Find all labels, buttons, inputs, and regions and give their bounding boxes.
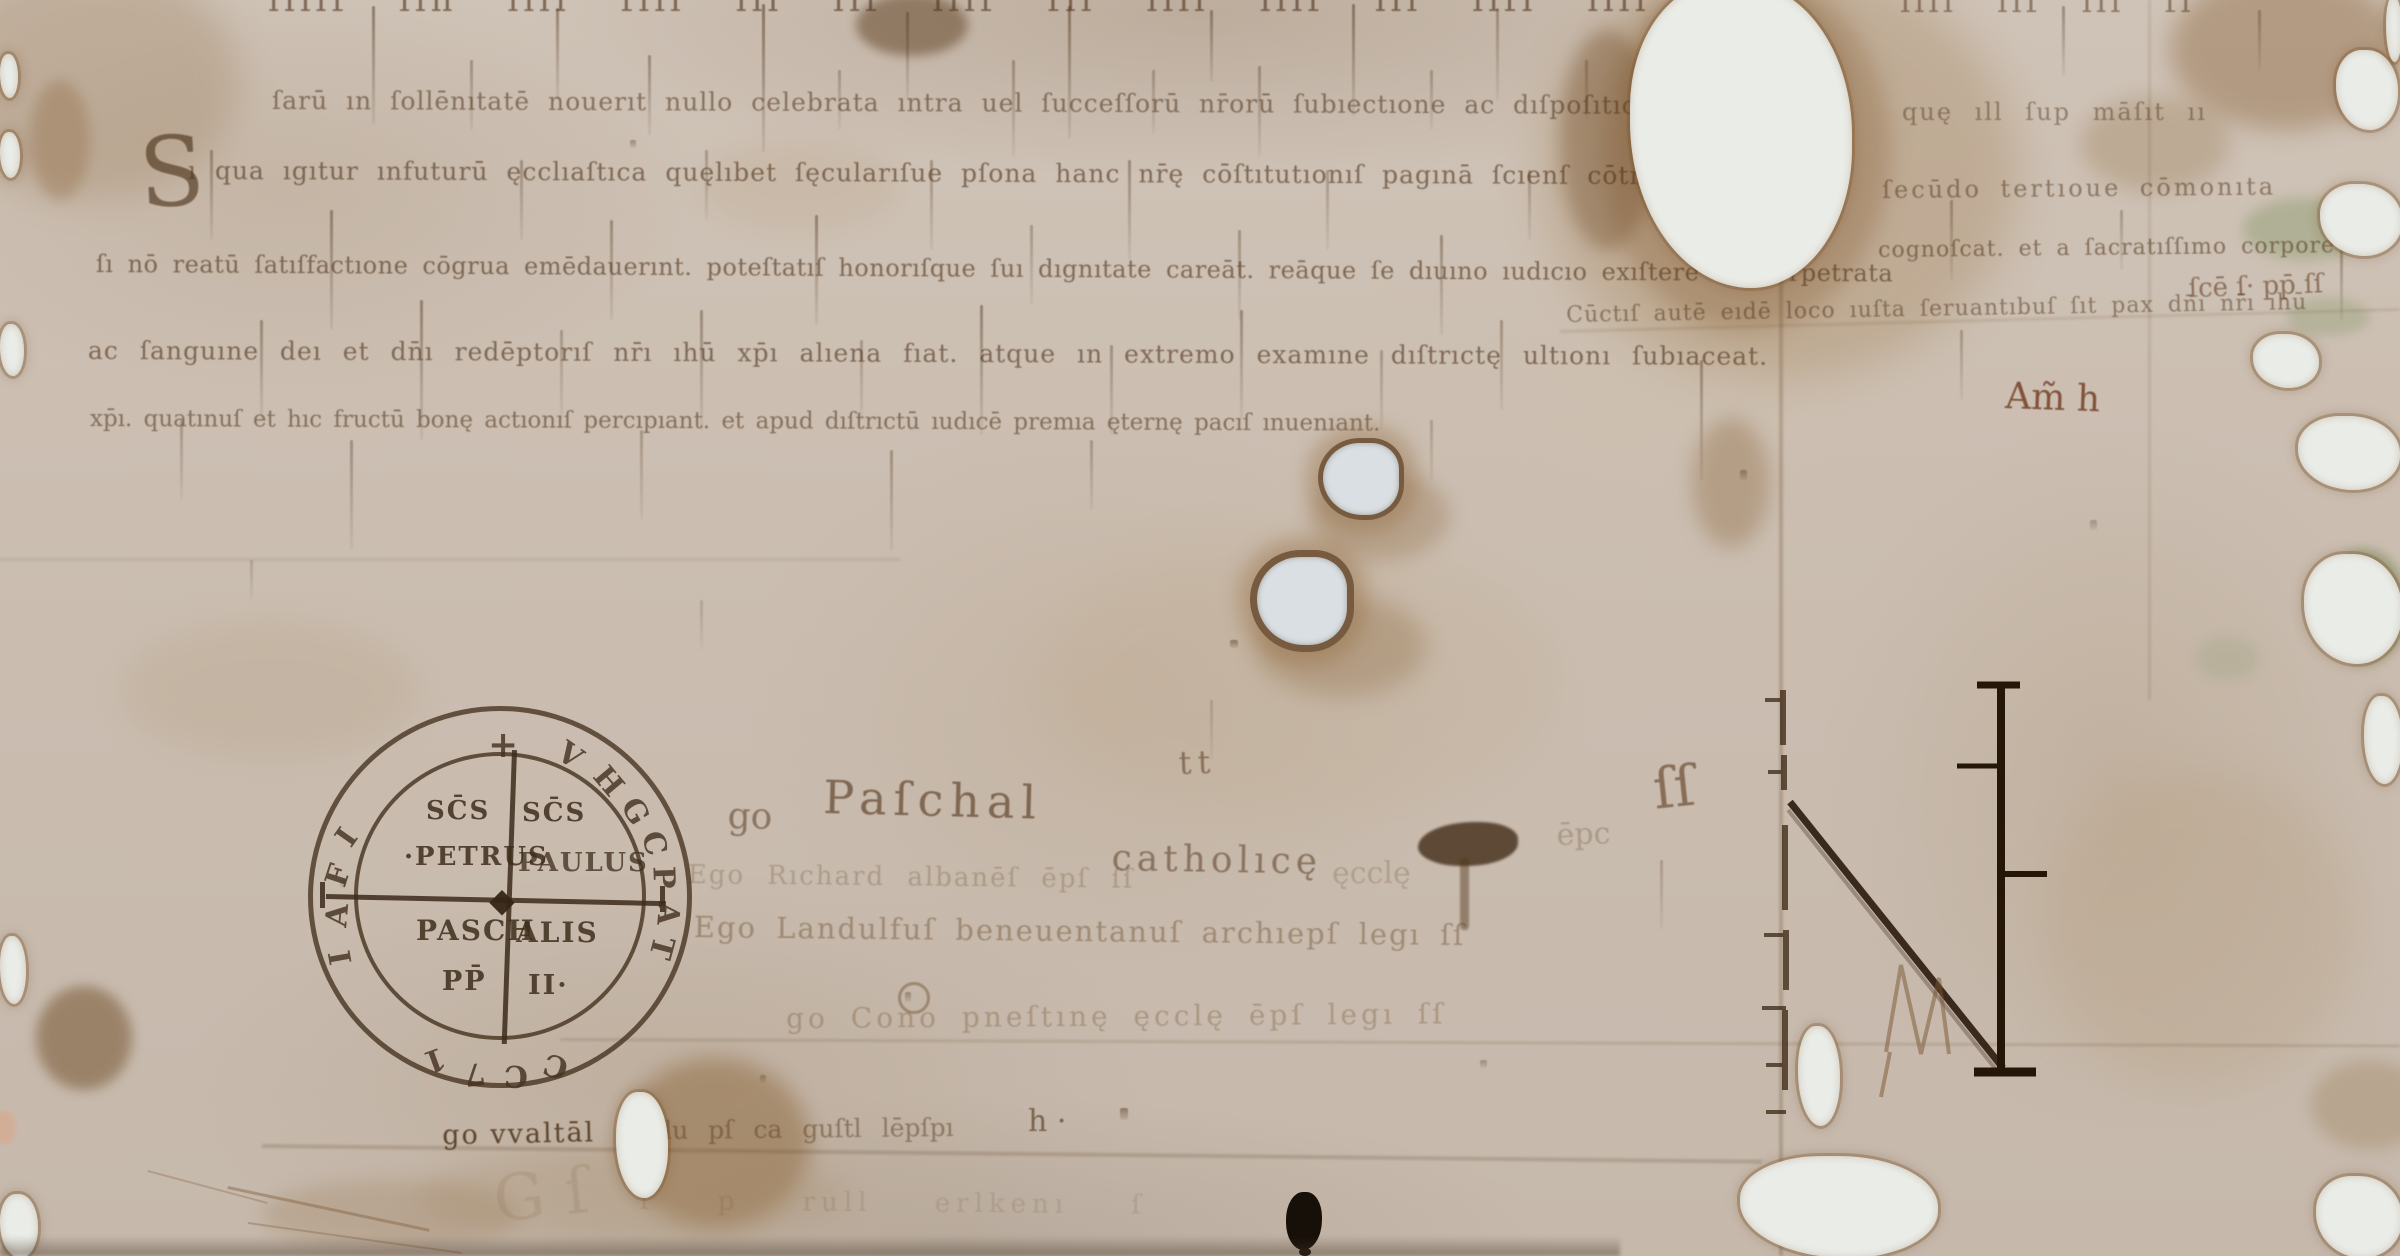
ink-stroke (2062, 6, 2065, 76)
ink-stroke (1585, 60, 1588, 120)
ink-stroke (630, 140, 636, 148)
top-line-cropped-right: ıllı ııſ ııı ſı (1900, 0, 2195, 20)
edge-chip (0, 54, 18, 98)
ink-stroke (980, 305, 983, 435)
ink-stroke (2090, 520, 2097, 530)
monogram-faded-m (1881, 965, 1949, 1097)
ink-stroke (1258, 66, 1261, 156)
subscription-line-faint-2: lu pſ ca guſtl lēpſpı (664, 1113, 954, 1145)
ink-stroke (700, 600, 703, 650)
top-line-cropped-left: ııılſ ıın ıılı ſııl ııı lıſ ıııſ ſıl ııı… (268, 0, 1651, 20)
edge-chip (2386, 0, 2400, 62)
ink-stroke (1030, 225, 1033, 305)
ink-stroke (1430, 420, 1433, 480)
ink-stroke (640, 430, 643, 520)
ink-stroke (838, 70, 841, 130)
ink-stroke (705, 150, 708, 220)
line-1-right: quę ıll ſup māſıt ıı (1902, 98, 2207, 126)
rota-rim-letter: P (645, 866, 681, 890)
ink-stroke (906, 12, 909, 100)
ink-stroke (180, 420, 183, 500)
parchment-hole (1250, 550, 1354, 652)
line-4-far-right: ſcē ſ· pp̄ ſſ (2188, 269, 2324, 304)
ink-stroke (1012, 60, 1015, 156)
ink-stroke (610, 220, 613, 320)
ink-stroke (330, 210, 333, 330)
ink-stroke (1430, 70, 1433, 130)
ink-stroke (1700, 360, 1703, 480)
edge-chip (0, 936, 26, 1004)
ink-stroke (1210, 10, 1213, 82)
ink-stroke (1230, 640, 1238, 648)
ink-stroke (1210, 700, 1213, 760)
ink-stroke (2340, 240, 2343, 320)
ink-stroke (1528, 170, 1531, 240)
cardinal-richard-line: Ego Rıchard albanēſ ēpſ ſſ (688, 860, 1135, 895)
ink-stroke (1238, 230, 1241, 320)
ink-stroke (1110, 345, 1113, 435)
ink-stroke (420, 300, 423, 440)
edge-chip (0, 132, 20, 178)
pope-subscription-ego: go (727, 796, 772, 838)
ink-stroke (815, 215, 818, 325)
charter-photo: ııılſ ıın ıılı ſııl ııı lıſ ıııſ ſıl ııı… (0, 0, 2400, 1256)
stain (2040, 770, 2360, 1090)
subscription-line-faint-1: go vvaltāl (442, 1117, 595, 1151)
pope-subscription-eps: ēpc (1556, 816, 1611, 853)
ink-stroke (470, 60, 473, 130)
ink-stroke (520, 160, 523, 240)
ink-stroke (1240, 310, 1243, 420)
ink-stroke (1090, 440, 1093, 510)
bottom-edge-shadow (0, 1236, 1620, 1256)
subscription-line-faint-3: h · (1028, 1104, 1066, 1139)
ink-stroke (260, 320, 263, 420)
papal-rota: SC̄SSC̄S·PETRUSPAULUSPASCHALISPP̄II·+VHG… (300, 702, 700, 1102)
ink-stroke (2120, 210, 2123, 270)
stain (36, 986, 132, 1090)
rota-rim-letter: + (488, 724, 518, 766)
rota-quadrant-text: II· (528, 970, 569, 1001)
ink-stroke (1740, 470, 1747, 480)
cardinal-cono-line: go Cono pneſtınę ęcclę ēpſ legı ſſ (786, 997, 1447, 1035)
monogram-right-stem (1957, 685, 2047, 1072)
edge-chip (1740, 1156, 1938, 1256)
ink-stroke (1660, 860, 1663, 930)
crease-line (0, 558, 900, 561)
rota-quadrant-text: ALIS (516, 916, 599, 949)
ink-stroke (560, 330, 563, 420)
edge-chip (2316, 1176, 2400, 1256)
ink-stroke (890, 450, 893, 550)
ink-stroke (1950, 200, 1953, 280)
monogram-left-stem (1762, 690, 1786, 1112)
ink-stroke (1120, 1108, 1128, 1120)
ink-stroke (648, 55, 651, 135)
ink-stroke (930, 160, 933, 250)
ink-stroke (372, 6, 375, 124)
line-2-right: ſecūdo tertıoue cōmonıta (1882, 173, 2276, 204)
pope-subscription-ecclesiae: ęcclę (1332, 856, 1411, 891)
line-3-right: cognoſcat. et a ſacratıſſımo corpore (1878, 233, 2335, 263)
ghost-flourish: G ſ (490, 1154, 592, 1238)
ink-stroke (1380, 350, 1383, 430)
rota-quadrant-text: PAULUS (518, 848, 649, 878)
line-4: ac ſanguıne deı et dn̄ı redēptorıſ nr̄ı … (88, 336, 1768, 371)
pope-subscription-catholicae: catholıcę (1111, 838, 1322, 883)
pope-subscription-ss: ſſ (1650, 754, 1698, 823)
rota-quadrant-text: PP̄ (442, 966, 487, 997)
ink-blot-drip (1460, 858, 1469, 930)
pope-subscription-name: Paſchal (823, 770, 1044, 830)
ink-stroke (1500, 320, 1503, 410)
ink-stroke (556, 8, 559, 100)
ink-stroke (1128, 160, 1131, 260)
ink-stroke (1440, 235, 1443, 335)
ink-stroke (250, 560, 253, 600)
stain (2196, 636, 2260, 680)
ink-stroke (860, 340, 863, 420)
small-ring-mark (898, 982, 930, 1014)
rota-quadrant-text: SC̄S (522, 798, 586, 828)
edge-chip (1798, 1026, 1840, 1126)
ink-stroke (700, 310, 703, 430)
rota-rim-letter: A (319, 902, 356, 928)
ink-stroke (1352, 4, 1355, 116)
ink-stroke (1960, 330, 1963, 400)
line-2: ı qua ıgıtur ınfuturū ęcclıaſtıca quęlıb… (188, 156, 1814, 191)
ink-stroke (762, 4, 765, 152)
ink-stroke (1326, 170, 1329, 250)
ink-stroke (1480, 1060, 1487, 1068)
ink-stroke (760, 1075, 766, 1083)
edge-chip (0, 324, 24, 376)
stain (1692, 418, 1770, 548)
line-5: xp̄ı. quatınuſ et hıc fructū bonę actıon… (90, 406, 1381, 437)
rota-rim-letter: A (649, 900, 686, 926)
ink-stroke (1496, 8, 1499, 100)
parchment-hole (1318, 438, 1404, 520)
ink-stroke (1068, 6, 1071, 138)
ink-stroke (1152, 70, 1155, 134)
rota-quadrant-text: SC̄S (426, 796, 490, 826)
rota-rim-letter: C (504, 1058, 528, 1093)
ink-stroke (210, 150, 213, 240)
ink-stroke (350, 440, 353, 550)
ink-stroke (2258, 10, 2261, 70)
ghost-line: ſ p rull erlkenı ſ (640, 1186, 1147, 1220)
stain (30, 80, 90, 200)
amen-mark: Am̃ h (2005, 376, 2101, 420)
